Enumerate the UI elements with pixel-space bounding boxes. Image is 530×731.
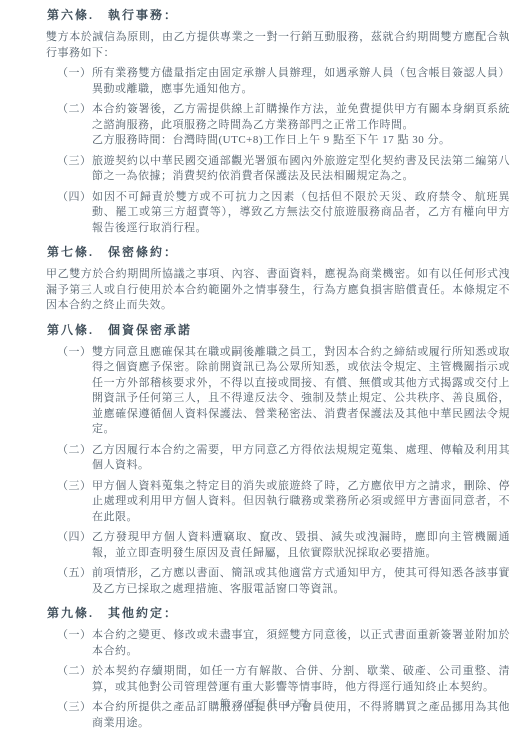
clause-text: 甲方個人資料蒐集之特定目的消失或旅遊終了時，乙方應依甲方之請求，刪除、停止處理或… [92, 479, 510, 526]
clause-text: 乙方因履行本合約之需要，甲方同意乙方得依法規規定蒐集、處理、傳輸及利用其個人資料… [92, 443, 510, 474]
article-9-clause-2: （二） 於本契約存續期間，如任一方有解散、合併、分割、歇業、破產、公司重整、清算… [46, 664, 510, 695]
clause-marker: （四） [57, 530, 92, 561]
article-6-intro: 雙方本於誠信為原則，由乙方提供專業之一對一行銷互動服務，茲就合約期間雙方應配合執… [46, 30, 510, 61]
article-6-clause-1: （一） 所有業務雙方儘量指定由固定承辦人員辦理，如遇承辦人員（包含帳目簽認人員）… [46, 66, 510, 97]
clause-text: 本合約簽署後，乙方需提供線上訂購操作方法，並免費提供甲方有關本身網頁系統之諮詢服… [92, 102, 510, 149]
clause-text-main: 本合約簽署後，乙方需提供線上訂購操作方法，並免費提供甲方有關本身網頁系統之諮詢服… [92, 102, 510, 133]
page-number-footer: 第 3 頁 共 4 頁 [0, 697, 530, 713]
article-6-heading: 第六條. 執行事務： [47, 8, 510, 23]
clause-text: 於本契約存續期間，如任一方有解散、合併、分割、歇業、破產、公司重整、清算，或其他… [92, 664, 510, 695]
clause-marker: （二） [57, 443, 92, 474]
clause-text: 雙方同意且應確保其在職或嗣後離職之員工，對因本合約之締結或履行所知悉或取得之個資… [92, 345, 510, 438]
clause-marker: （一） [57, 628, 92, 659]
clause-text: 如因不可歸責於雙方或不可抗力之因素（包括但不限於天災、政府禁令、航班異動、罷工或… [92, 190, 510, 237]
article-7: 第七條. 保密條約： 甲乙雙方於合約期間所協議之事項、內容、書面資料，應視為商業… [46, 245, 510, 314]
clause-marker: （五） [57, 566, 92, 597]
article-6-clause-2: （二） 本合約簽署後，乙方需提供線上訂購操作方法，並免費提供甲方有關本身網頁系統… [46, 102, 510, 149]
clause-text: 本合約之變更、修改或未盡事宜，須經雙方同意後，以正式書面重新簽署並附加於本合約。 [92, 628, 510, 659]
article-8-clause-4: （四） 乙方發現甲方個人資料遭竊取、竄改、毀損、減失或洩漏時，應即向主管機關通報… [46, 530, 510, 561]
article-9-clause-1: （一） 本合約之變更、修改或未盡事宜，須經雙方同意後，以正式書面重新簽署並附加於… [46, 628, 510, 659]
clause-text: 所有業務雙方儘量指定由固定承辦人員辦理，如遇承辦人員（包含帳目簽認人員）異動或離… [92, 66, 510, 97]
clause-marker: （二） [57, 664, 92, 695]
article-8-clause-1: （一） 雙方同意且應確保其在職或嗣後離職之員工，對因本合約之締結或履行所知悉或取… [46, 345, 510, 438]
article-7-heading: 第七條. 保密條約： [47, 245, 510, 260]
article-6: 第六條. 執行事務： 雙方本於誠信為原則，由乙方提供專業之一對一行銷互動服務，茲… [46, 8, 510, 236]
article-6-clause-4: （四） 如因不可歸責於雙方或不可抗力之因素（包括但不限於天災、政府禁令、航班異動… [46, 190, 510, 237]
clause-text: 旅遊契約以中華民國交通部觀光署頒布國內外旅遊定型化契約書及民法第二編第八節之一為… [92, 154, 510, 185]
article-8-clause-2: （二） 乙方因履行本合約之需要，甲方同意乙方得依法規規定蒐集、處理、傳輸及利用其… [46, 443, 510, 474]
clause-text: 乙方發現甲方個人資料遭竊取、竄改、毀損、減失或洩漏時，應即向主管機關通報，並立即… [92, 530, 510, 561]
clause-text: 前項情形，乙方應以書面、簡訊或其他適當方式通知甲方，使其可得知悉各該事實及乙方已… [92, 566, 510, 597]
clause-marker: （一） [57, 66, 92, 97]
contract-document-page: 第六條. 執行事務： 雙方本於誠信為原則，由乙方提供專業之一對一行銷互動服務，茲… [0, 0, 530, 721]
clause-marker: （二） [57, 102, 92, 149]
service-hours-note: 乙方服務時間：台灣時間(UTC+8)工作日上午 9 點至下午 17 點 30 分… [92, 133, 510, 149]
clause-marker: （一） [57, 345, 92, 438]
article-6-clause-3: （三） 旅遊契約以中華民國交通部觀光署頒布國內外旅遊定型化契約書及民法第二編第八… [46, 154, 510, 185]
clause-marker: （四） [57, 190, 92, 237]
article-9-heading: 第九條. 其他約定： [47, 606, 510, 621]
article-8-heading: 第八條. 個資保密承諾 [47, 323, 510, 338]
clause-marker: （三） [57, 154, 92, 185]
article-8-clause-5: （五） 前項情形，乙方應以書面、簡訊或其他適當方式通知甲方，使其可得知悉各該事實… [46, 566, 510, 597]
article-8-clause-3: （三） 甲方個人資料蒐集之特定目的消失或旅遊終了時，乙方應依甲方之請求，刪除、停… [46, 479, 510, 526]
article-7-intro: 甲乙雙方於合約期間所協議之事項、內容、書面資料，應視為商業機密。如有以任何形式洩… [46, 267, 510, 314]
clause-marker: （三） [57, 479, 92, 526]
article-8: 第八條. 個資保密承諾 （一） 雙方同意且應確保其在職或嗣後離職之員工，對因本合… [46, 323, 510, 598]
article-9: 第九條. 其他約定： （一） 本合約之變更、修改或未盡事宜，須經雙方同意後，以正… [46, 606, 510, 731]
